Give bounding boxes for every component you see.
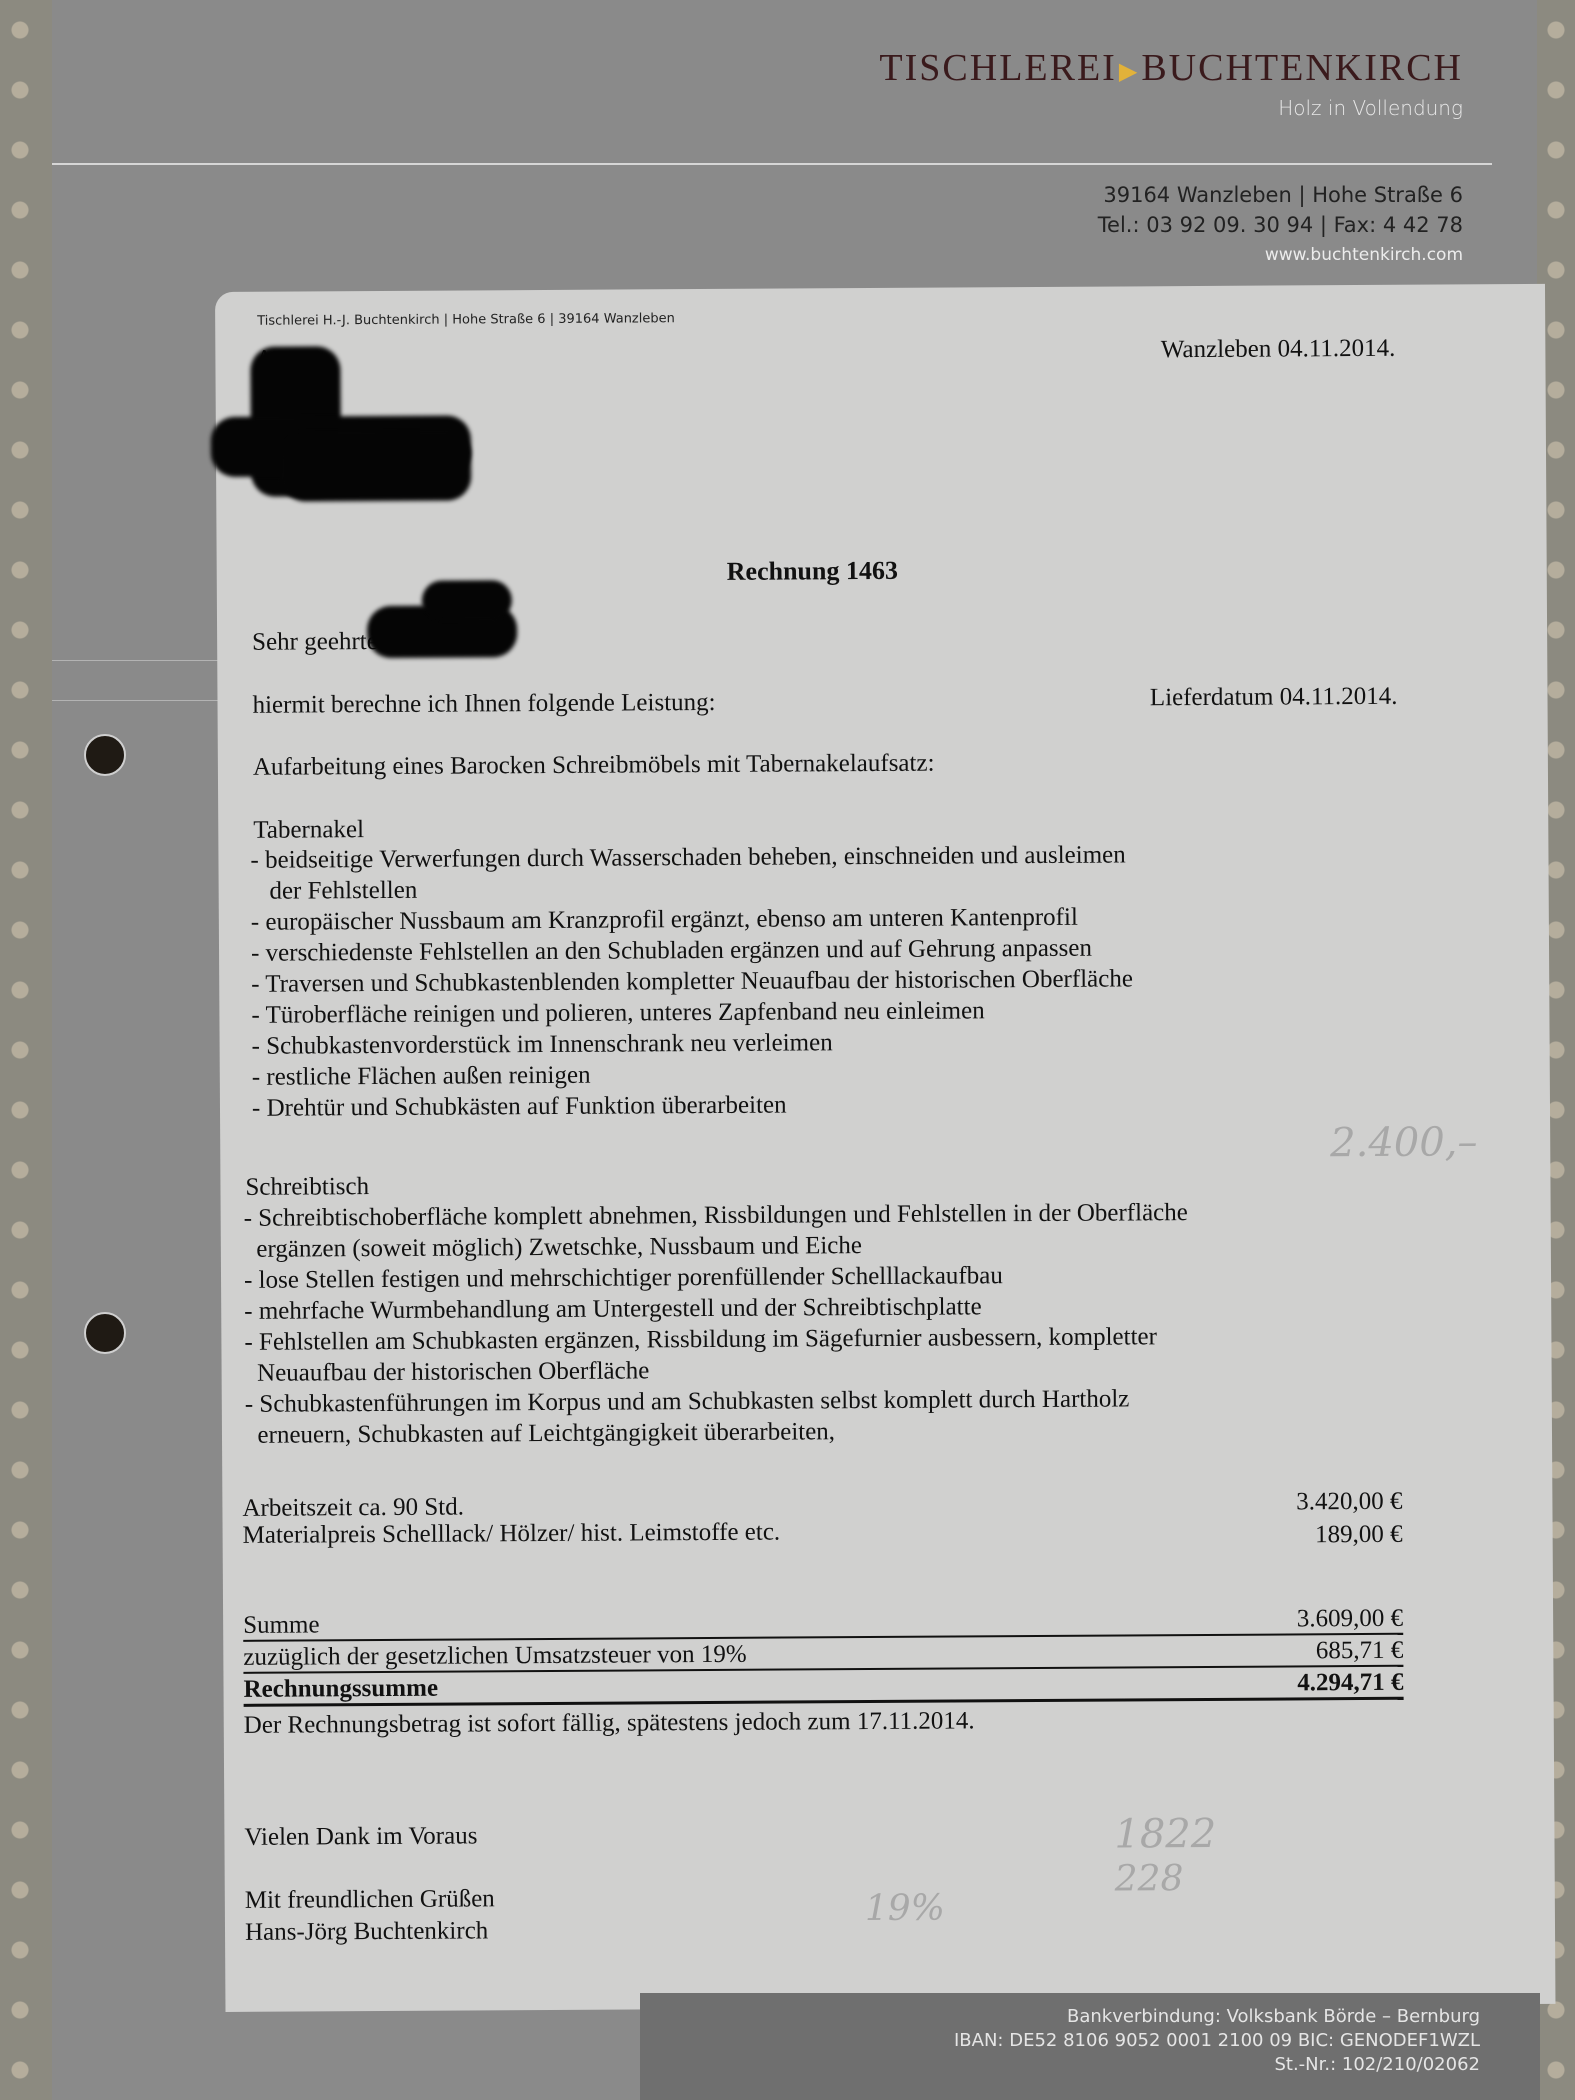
closing: Mit freundlichen Grüßen [245,1883,495,1916]
invoice-title: Rechnung 1463 [727,556,898,587]
delivery-date: Lieferdatum 04.11.2014. [1150,683,1398,713]
iban-bic: IBAN: DE52 8106 9052 0001 2100 09 BIC: G… [954,2029,1480,2053]
tagline: Holz in Vollendung [1278,96,1463,120]
total-amount: 4.294,71 € [1297,1669,1403,1698]
service-subject: Aufarbeitung eines Barocken Schreibmöbel… [253,748,935,783]
company-phone-fax: Tel.: 03 92 09. 30 94 | Fax: 4 42 78 [1098,210,1463,240]
list-item: - beidseitige Verwerfungen durch Wassers… [250,839,1132,906]
company-contact: 39164 Wanzleben | Hohe Straße 6 Tel.: 03… [1098,180,1463,240]
section-heading: Tabernakel [253,814,364,846]
total-row-invoice-sum: Rechnungssumme 4.294,71 € [243,1669,1403,1707]
punch-hole [84,734,126,776]
line-item-amount: 3.420,00 € [1296,1488,1402,1517]
list-item: - Schubkastenführungen im Korpus und am … [245,1383,1190,1451]
total-row-summe: Summe 3.609,00 € [243,1605,1403,1642]
header-rule [52,163,1492,165]
company-logo: TISCHLEREI▶BUCHTENKIRCH [879,46,1463,90]
redaction [281,430,471,501]
thanks: Vielen Dank im Voraus [244,1820,477,1852]
total-label: zuzüglich der gesetzlichen Umsatzsteuer … [243,1641,746,1672]
section-heading: Schreibtisch [245,1171,369,1203]
invoice-sheet: Tischlerei H.-J. Buchtenkirch | Hohe Str… [215,284,1555,2012]
total-row-vat: zuzüglich der gesetzlichen Umsatzsteuer … [243,1637,1403,1674]
sender-line: Tischlerei H.-J. Buchtenkirch | Hohe Str… [257,311,675,329]
pencil-note: 2.400,– [1330,1119,1478,1166]
due-note: Der Rechnungsbetrag ist sofort fällig, s… [244,1705,975,1740]
list-item: - Fehlstellen am Schubkasten ergänzen, R… [244,1321,1189,1389]
redaction [422,580,512,621]
total-label: Rechnungssumme [243,1675,438,1704]
intro-text: hiermit berechne ich Ihnen folgende Leis… [252,687,715,721]
company-address: 39164 Wanzleben | Hohe Straße 6 [1098,180,1463,210]
total-amount: 3.609,00 € [1297,1605,1403,1634]
arrow-icon: ▶ [1119,59,1139,85]
total-label: Summe [243,1611,320,1639]
bank-footer: Bankverbindung: Volksbank Börde – Bernbu… [640,1993,1540,2100]
pencil-note: 228 [1115,1858,1184,1899]
invoice-date: Wanzleben 04.11.2014. [1161,335,1396,364]
section-items-tabernakel: - beidseitige Verwerfungen durch Wassers… [250,839,1133,1123]
pencil-note: 19% [865,1888,945,1929]
salutation: Sehr geehrte [252,626,378,658]
pencil-note: 1822 [1114,1811,1216,1858]
list-item: - Drehtür und Schubkästen auf Funktion ü… [252,1087,1134,1123]
section-items-schreibtisch: - Schreibtischoberfläche komplett abnehm… [244,1197,1190,1451]
line-item-label: Materialpreis Schelllack/ Hölzer/ hist. … [243,1519,781,1556]
bank-name: Bankverbindung: Volksbank Börde – Bernbu… [954,2005,1480,2029]
punch-hole [84,1312,126,1354]
logo-text-left: TISCHLEREI [879,47,1116,89]
company-website: www.buchtenkirch.com [1265,245,1463,265]
line-item-amount: 189,00 € [1315,1521,1403,1550]
line-item: Materialpreis Schelllack/ Hölzer/ hist. … [243,1515,1403,1556]
line-item-label: Arbeitszeit ca. 90 Std. [242,1494,464,1523]
signature: Hans-Jörg Buchtenkirch [245,1915,488,1947]
list-item: - Schreibtischoberfläche komplett abnehm… [244,1197,1189,1265]
tax-number: St.-Nr.: 102/210/02062 [954,2053,1480,2077]
logo-text-right: BUCHTENKIRCH [1141,47,1463,89]
total-amount: 685,71 € [1316,1637,1404,1666]
